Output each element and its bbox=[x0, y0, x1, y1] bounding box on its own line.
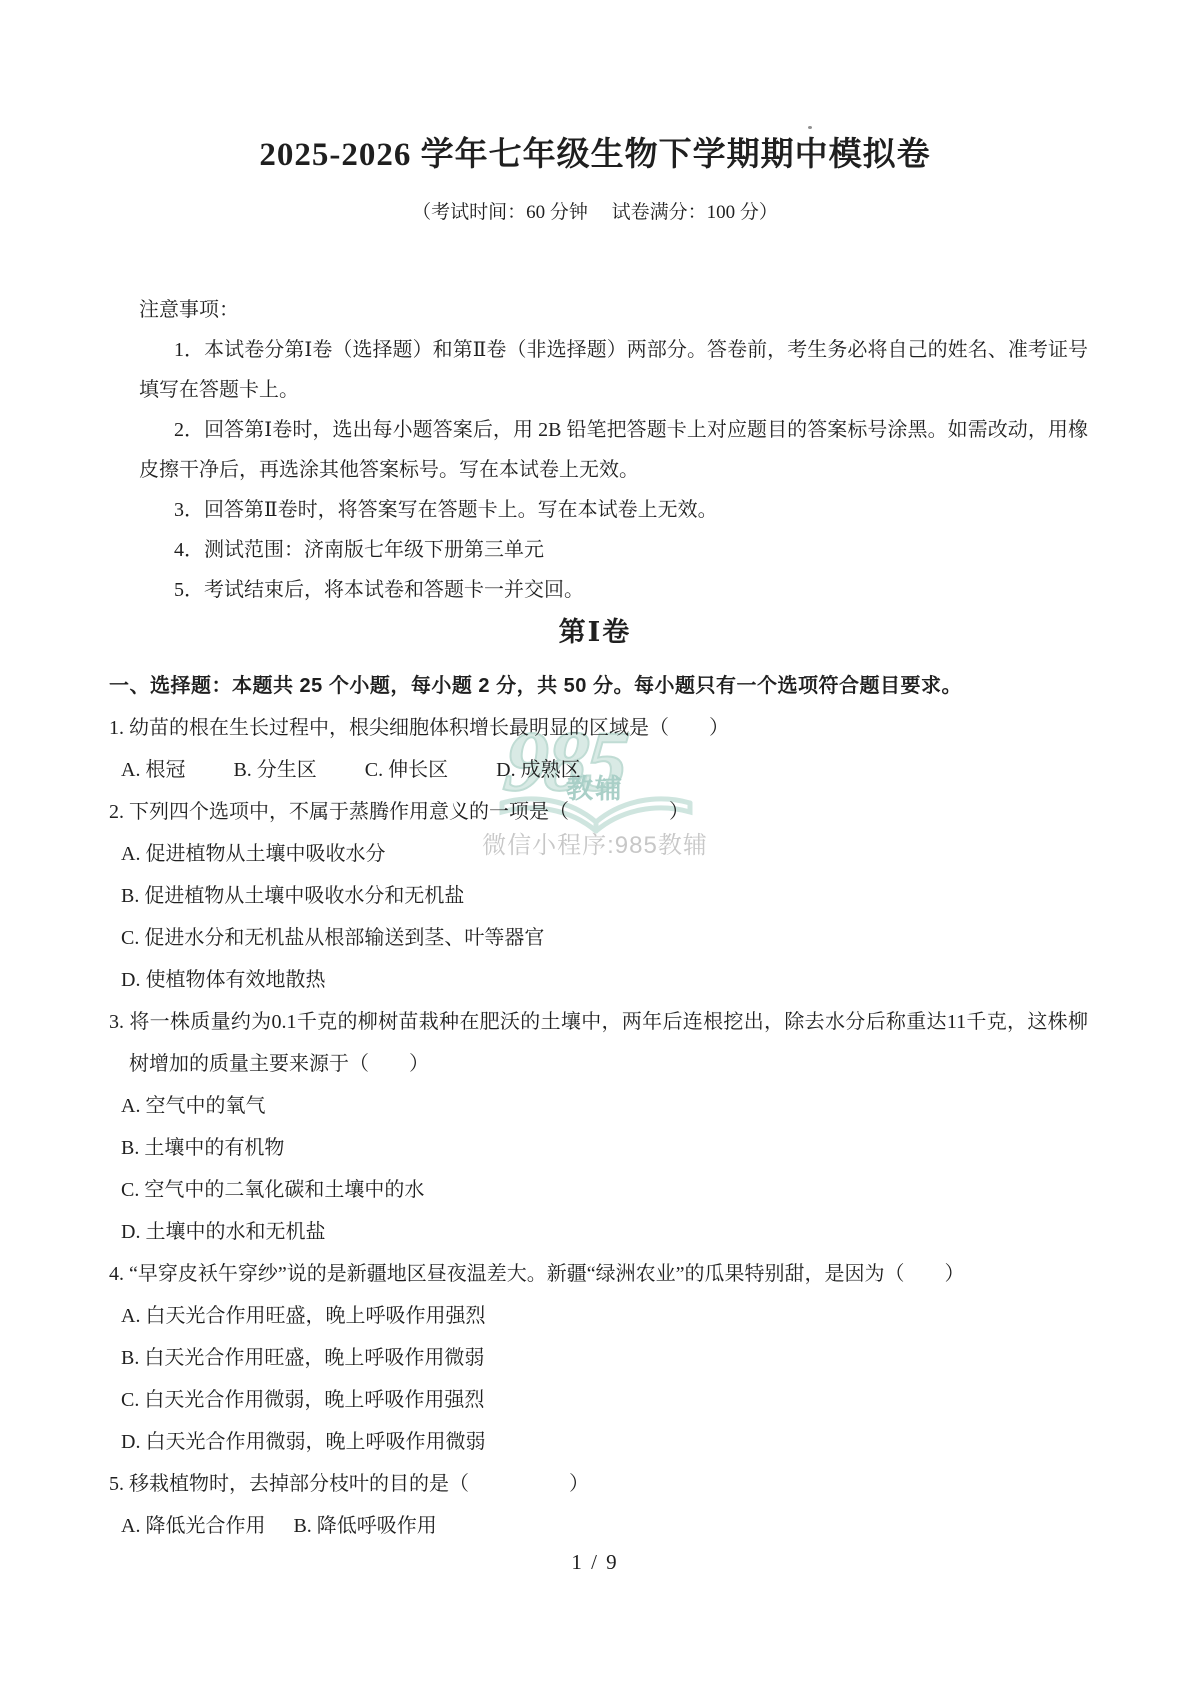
document-content: 2025-2026 学年七年级生物下学期期中模拟卷 （考试时间：60 分钟 试卷… bbox=[0, 0, 1190, 1547]
exam-time-and-score: （考试时间：60 分钟 试卷满分：100 分） bbox=[0, 201, 1190, 225]
option-b: B. 白天光合作用旺盛，晚上呼吸作用微弱 bbox=[121, 1337, 1088, 1379]
question-2-stem: 2. 下列四个选项中，不属于蒸腾作用意义的一项是（ ） bbox=[109, 791, 1088, 833]
option-a: A. 降低光合作用 bbox=[121, 1505, 265, 1547]
question-2-options: A. 促进植物从土壤中吸收水分 B. 促进植物从土壤中吸收水分和无机盐 C. 促… bbox=[109, 833, 1088, 1001]
question-3: 3. 将一株质量约为0.1千克的柳树苗栽种在肥沃的土壤中，两年后连根挖出，除去水… bbox=[109, 1001, 1088, 1253]
note-item-5: 5．考试结束后，将本试卷和答题卡一并交回。 bbox=[139, 570, 1088, 610]
option-a: A. 促进植物从土壤中吸收水分 bbox=[121, 833, 1088, 875]
option-d: D. 使植物体有效地散热 bbox=[121, 959, 1088, 1001]
option-d: D. 成熟区 bbox=[496, 749, 580, 791]
option-c: C. 促进水分和无机盐从根部输送到茎、叶等器官 bbox=[121, 917, 1088, 959]
option-a: A. 空气中的氧气 bbox=[121, 1085, 1088, 1127]
question-5: 5. 移栽植物时，去掉部分枝叶的目的是（ ） A. 降低光合作用B. 降低呼吸作… bbox=[109, 1463, 1088, 1547]
question-1-stem: 1. 幼苗的根在生长过程中，根尖细胞体积增长最明显的区域是（ ） bbox=[109, 707, 1088, 749]
question-2: 2. 下列四个选项中，不属于蒸腾作用意义的一项是（ ） A. 促进植物从土壤中吸… bbox=[109, 791, 1088, 1001]
notes-section: 注意事项： 1．本试卷分第Ⅰ卷（选择题）和第Ⅱ卷（非选择题）两部分。答卷前，考生… bbox=[139, 290, 1088, 610]
option-b: B. 分生区 bbox=[233, 749, 316, 791]
question-list: 1. 幼苗的根在生长过程中，根尖细胞体积增长最明显的区域是（ ） A. 根冠B.… bbox=[109, 707, 1088, 1547]
option-b: B. 土壤中的有机物 bbox=[121, 1127, 1088, 1169]
note-item-1: 1．本试卷分第Ⅰ卷（选择题）和第Ⅱ卷（非选择题）两部分。答卷前，考生务必将自己的… bbox=[139, 330, 1088, 410]
question-4: 4. “早穿皮袄午穿纱”说的是新疆地区昼夜温差大。新疆“绿洲农业”的瓜果特别甜，… bbox=[109, 1253, 1088, 1463]
exam-paper-page: 985 教辅 微信小程序:985教辅 2025-2026 学年七年级生物下学期期… bbox=[0, 0, 1190, 1683]
exam-title: 2025-2026 学年七年级生物下学期期中模拟卷 bbox=[0, 0, 1190, 175]
question-1: 1. 幼苗的根在生长过程中，根尖细胞体积增长最明显的区域是（ ） A. 根冠B.… bbox=[109, 707, 1088, 791]
option-b: B. 促进植物从土壤中吸收水分和无机盐 bbox=[121, 875, 1088, 917]
multiple-choice-instruction: 一、选择题：本题共 25 个小题，每小题 2 分，共 50 分。每小题只有一个选… bbox=[109, 665, 1088, 707]
option-c: C. 白天光合作用微弱，晚上呼吸作用强烈 bbox=[121, 1379, 1088, 1421]
question-3-options: A. 空气中的氧气 B. 土壤中的有机物 C. 空气中的二氧化碳和土壤中的水 D… bbox=[109, 1085, 1088, 1253]
question-4-stem: 4. “早穿皮袄午穿纱”说的是新疆地区昼夜温差大。新疆“绿洲农业”的瓜果特别甜，… bbox=[109, 1253, 1088, 1295]
question-1-options: A. 根冠B. 分生区C. 伸长区D. 成熟区 bbox=[121, 749, 1088, 791]
note-item-4: 4．测试范围：济南版七年级下册第三单元 bbox=[139, 530, 1088, 570]
option-a: A. 白天光合作用旺盛，晚上呼吸作用强烈 bbox=[121, 1295, 1088, 1337]
notes-heading: 注意事项： bbox=[139, 290, 1088, 330]
question-5-options: A. 降低光合作用B. 降低呼吸作用 bbox=[121, 1505, 1088, 1547]
note-item-2: 2．回答第Ⅰ卷时，选出每小题答案后，用 2B 铅笔把答题卡上对应题目的答案标号涂… bbox=[139, 410, 1088, 490]
option-d: D. 白天光合作用微弱，晚上呼吸作用微弱 bbox=[121, 1421, 1088, 1463]
question-3-stem: 3. 将一株质量约为0.1千克的柳树苗栽种在肥沃的土壤中，两年后连根挖出，除去水… bbox=[109, 1001, 1088, 1085]
note-item-3: 3．回答第Ⅱ卷时，将答案写在答题卡上。写在本试卷上无效。 bbox=[139, 490, 1088, 530]
question-5-stem: 5. 移栽植物时，去掉部分枝叶的目的是（ ） bbox=[109, 1463, 1088, 1505]
option-b: B. 降低呼吸作用 bbox=[293, 1505, 436, 1547]
option-c: C. 空气中的二氧化碳和土壤中的水 bbox=[121, 1169, 1088, 1211]
option-c: C. 伸长区 bbox=[365, 749, 448, 791]
volume-1-heading: 第Ⅰ卷 bbox=[0, 614, 1190, 650]
option-a: A. 根冠 bbox=[121, 749, 185, 791]
option-d: D. 土壤中的水和无机盐 bbox=[121, 1211, 1088, 1253]
question-4-options: A. 白天光合作用旺盛，晚上呼吸作用强烈 B. 白天光合作用旺盛，晚上呼吸作用微… bbox=[109, 1295, 1088, 1463]
page-number: 1 / 9 bbox=[0, 1550, 1190, 1575]
